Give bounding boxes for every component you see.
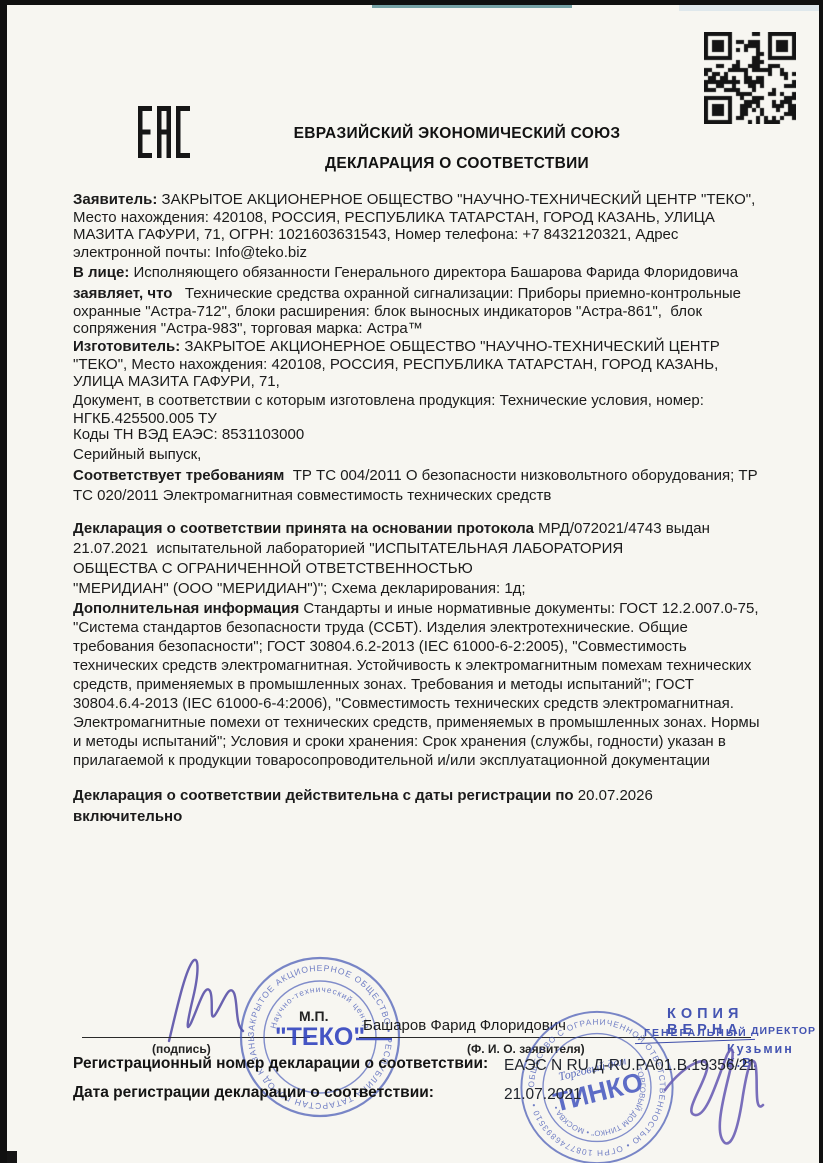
- conforms-label: Соответствует требованиям: [73, 467, 284, 484]
- registration-date-label: Дата регистрации декларации о соответств…: [73, 1084, 434, 1102]
- paragraph-conforms: Соответствует требованиям ТР ТС 004/2011…: [73, 466, 805, 506]
- basis-label: Декларация о соответствии принята на осн…: [73, 520, 534, 537]
- registration-date-value: 21.07.2021: [504, 1086, 582, 1104]
- declares-text: Технические средства охранной сигнализац…: [73, 285, 741, 337]
- scan-artifact: [7, 1151, 17, 1163]
- additional-text: Стандарты и иные нормативные документы: …: [73, 600, 760, 769]
- director-signature: [655, 1035, 785, 1155]
- applicant-label: Заявитель:: [73, 191, 157, 208]
- validity-suffix: включительно: [73, 808, 182, 825]
- paragraph-basis: Декларация о соответствии принята на осн…: [73, 519, 805, 599]
- doc-title: ДЕКЛАРАЦИЯ О СООТВЕТСТВИИ: [177, 155, 737, 173]
- paragraph-applicant: Заявитель: ЗАКРЫТОЕ АКЦИОНЕРНОЕ ОБЩЕСТВО…: [73, 191, 805, 261]
- paragraph-manufacturer: Изготовитель: ЗАКРЫТОЕ АКЦИОНЕРНОЕ ОБЩЕС…: [73, 338, 805, 391]
- qr-code: [704, 32, 796, 124]
- registration-number-label: Регистрационный номер декларации о соотв…: [73, 1055, 488, 1073]
- paragraph-declares: заявляет, что Технические средства охран…: [73, 285, 805, 338]
- paragraph-in-person: В лице: Исполняющего обязанности Генерал…: [73, 264, 805, 282]
- paragraph-validity: Декларация о соответствии действительна …: [73, 785, 805, 827]
- signature-caption: (подпись): [152, 1042, 211, 1056]
- union-title: ЕВРАЗИЙСКИЙ ЭКОНОМИЧЕСКИЙ СОЮЗ: [177, 125, 737, 143]
- paragraph-document: Документ, в соответствии с которым изгот…: [73, 392, 805, 427]
- paragraph-additional: Дополнительная информация Стандарты и ин…: [73, 599, 805, 770]
- manufacturer-label: Изготовитель:: [73, 338, 180, 355]
- applicant-text: ЗАКРЫТОЕ АКЦИОНЕРНОЕ ОБЩЕСТВО "НАУЧНО-ТЕ…: [73, 191, 755, 261]
- paragraph-serial: Серийный выпуск,: [73, 446, 805, 464]
- in-person-text: Исполняющего обязанности Генерального ди…: [129, 264, 738, 281]
- validity-label: Декларация о соответствии действительна …: [73, 787, 578, 804]
- document-page: ЕВРАЗИЙСКИЙ ЭКОНОМИЧЕСКИЙ СОЮЗ ДЕКЛАРАЦИ…: [7, 5, 819, 1163]
- teko-stamp-center: "ТЕКО": [275, 1023, 365, 1051]
- in-person-label: В лице:: [73, 264, 129, 281]
- paragraph-codes: Коды ТН ВЭД ЕАЭС: 8531103000: [73, 426, 805, 444]
- codes-text: Коды ТН ВЭД ЕАЭС: 8531103000: [73, 426, 304, 443]
- validity-date: 20.07.2026: [578, 787, 653, 804]
- document-text: Документ, в соответствии с которым изгот…: [73, 392, 704, 427]
- registration-number-value: ЕАЭС N RU Д-RU.РА01.В.19356/21: [504, 1057, 756, 1075]
- scan-artifact: [372, 5, 572, 8]
- serial-text: Серийный выпуск,: [73, 446, 201, 463]
- scan-artifact: [679, 5, 819, 11]
- declares-label: заявляет, что: [73, 285, 172, 302]
- additional-label: Дополнительная информация: [73, 600, 299, 617]
